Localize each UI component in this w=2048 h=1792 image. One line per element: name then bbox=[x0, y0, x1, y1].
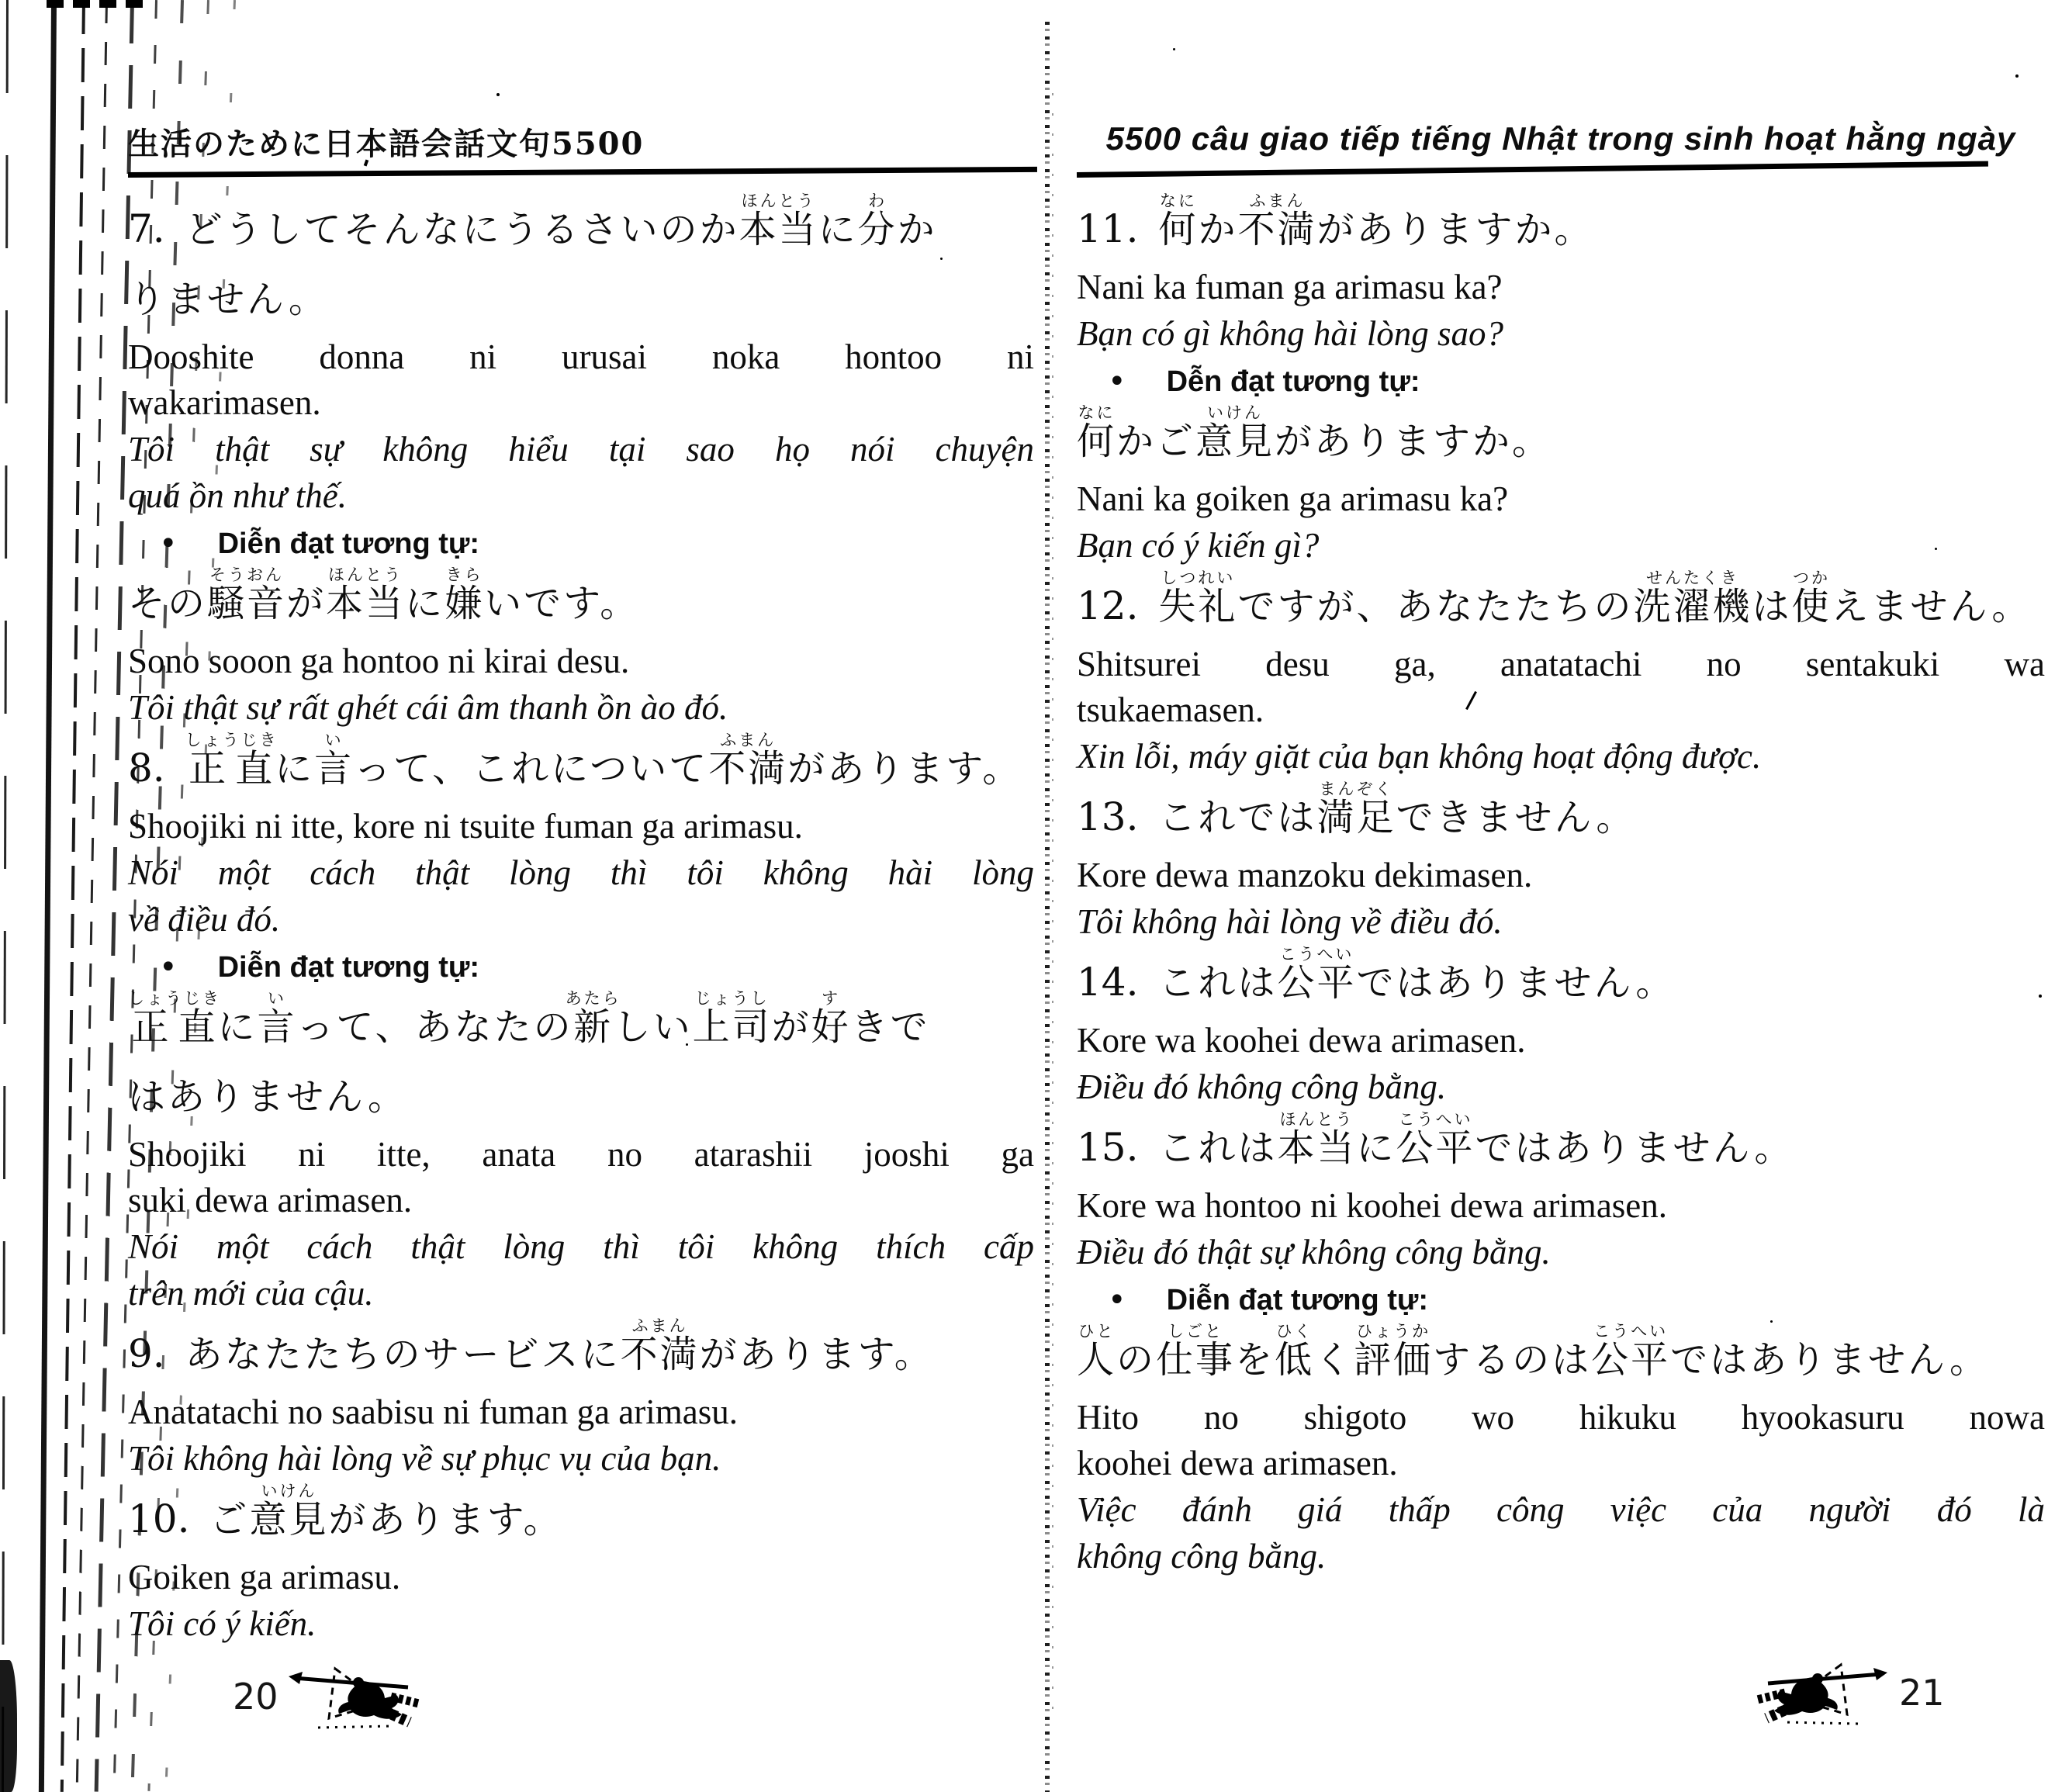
right-header-rule bbox=[1077, 161, 1988, 178]
kanji-with-furigana: 人ひと bbox=[1077, 1338, 1116, 1382]
japanese-sentence: りません。 bbox=[128, 265, 1034, 334]
kanji-with-furigana: 分わ bbox=[858, 208, 898, 251]
vietnamese-translation-line: Xin lỗi, máy giặt của bạn không hoạt độn… bbox=[1077, 733, 2045, 780]
left-page-number: 20 bbox=[233, 1676, 278, 1718]
viet-block: Tôi thật sự rất ghét cái âm thanh ồn ào … bbox=[128, 684, 1034, 731]
right-page-header: 5500 câu giao tiếp tiếng Nhật trong sinh… bbox=[1077, 116, 2045, 161]
left-header-rule bbox=[128, 167, 1037, 178]
jp-block: 15. これは本当ほんとうに公平こうへいではありません。 bbox=[1077, 1110, 2045, 1183]
bullet-icon: • bbox=[159, 528, 178, 559]
item-number: 13. bbox=[1077, 794, 1150, 839]
viet-block: Tôi không hài lòng về điều đó. bbox=[1077, 898, 2045, 945]
japanese-sentence: 10. ご意見いけんがあります。 bbox=[128, 1482, 1034, 1555]
vietnamese-translation-line: Tôi thật sự không hiểu tại sao họ nói ch… bbox=[128, 426, 1034, 472]
vietnamese-translation-line: Bạn có ý kiến gì? bbox=[1077, 522, 2045, 569]
vietnamese-translation-line: Tôi không hài lòng về điều đó. bbox=[1077, 898, 2045, 945]
romaji-line: Shoojiki ni itte, kore ni tsuite fuman g… bbox=[128, 804, 1034, 849]
kanji-with-furigana: 正直しょうじき bbox=[128, 1005, 218, 1049]
jp-block: 12. 失礼しつれいですが、あなたたちの洗濯機せんたくきは使つかえません。 bbox=[1077, 569, 2045, 642]
romaji-line: Sono sooon ga hontoo ni kirai desu. bbox=[128, 638, 1034, 684]
left-page: 生活のために日本語会話文句5500 7. どうしてそんなにうるさいのか本当ほんと… bbox=[128, 124, 1034, 1647]
kanji-with-furigana: 評価ひょうか bbox=[1354, 1338, 1433, 1382]
romaji-line: Shitsurei desu ga, anatatachi no sentaku… bbox=[1077, 642, 2045, 687]
kanji-with-furigana: 何なに bbox=[1077, 420, 1116, 463]
similar-expressions-label: Diễn đạt tương tự: bbox=[1167, 1284, 1428, 1317]
viet-block: Tôi thật sự không hiểu tại sao họ nói ch… bbox=[128, 426, 1034, 519]
japanese-sentence: 13. これでは満足まんぞくできません。 bbox=[1077, 780, 2045, 853]
kanji-with-furigana: 失礼しつれい bbox=[1158, 585, 1237, 628]
right-page-number: 21 bbox=[1899, 1672, 1945, 1714]
vietnamese-translation-line: Việc đánh giá thấp công việc của người đ… bbox=[1077, 1486, 2045, 1533]
japanese-sentence: 人ひとの仕事しごとを低ひくく評価ひょうかするのは公平こうへいではありません。 bbox=[1077, 1322, 2045, 1395]
vietnamese-translation-line: Bạn có gì không hài lòng sao? bbox=[1077, 310, 2045, 357]
viet-block: Việc đánh giá thấp công việc của người đ… bbox=[1077, 1486, 2045, 1579]
kanji-with-furigana: 本当ほんとう bbox=[1277, 1126, 1356, 1170]
vietnamese-translation-line: quá ồn như thế. bbox=[128, 472, 1034, 519]
romaji-line: Goiken ga arimasu. bbox=[128, 1555, 1034, 1600]
kanji-with-furigana: 本当ほんとう bbox=[326, 582, 405, 625]
vietnamese-translation-line: Nói một cách thật lòng thì tôi không thí… bbox=[128, 1223, 1034, 1270]
romaji-line: Nani ka goiken ga arimasu ka? bbox=[1077, 476, 2045, 522]
similar-expressions-heading: •Diễn đạt tương tự: bbox=[128, 947, 1034, 988]
similar-expressions-label: Diễn đạt tương tự: bbox=[218, 951, 479, 984]
romaji-line: Shoojiki ni itte, anata no atarashii joo… bbox=[128, 1132, 1034, 1178]
left-page-content: 7. どうしてそんなにうるさいのか本当ほんとうに分わかりません。Dooshite… bbox=[128, 192, 1034, 1647]
romaji-line: koohei dewa arimasen. bbox=[1077, 1441, 2045, 1486]
romaji-line: Hito no shigoto wo hikuku hyookasuru now… bbox=[1077, 1395, 2045, 1441]
right-page: 5500 câu giao tiếp tiếng Nhật trong sinh… bbox=[1077, 109, 2045, 1579]
scan-streak bbox=[2, 0, 9, 1792]
viet-block: Bạn có ý kiến gì? bbox=[1077, 522, 2045, 569]
romaji-block: Kore wa hontoo ni koohei dewa arimasen. bbox=[1077, 1183, 2045, 1229]
romaji-block: Kore dewa manzoku dekimasen. bbox=[1077, 853, 2045, 898]
kanji-with-furigana: 公平こうへい bbox=[1591, 1338, 1670, 1382]
japanese-sentence: 9. あなたたちのサービスに不満ふまんがあります。 bbox=[128, 1316, 1034, 1389]
romaji-block: Goiken ga arimasu. bbox=[128, 1555, 1034, 1600]
viet-block: Tôi có ý kiến. bbox=[128, 1600, 1034, 1647]
scan-noise-dot bbox=[2015, 74, 2019, 78]
romaji-block: Shitsurei desu ga, anatatachi no sentaku… bbox=[1077, 642, 2045, 733]
viet-block: Bạn có gì không hài lòng sao? bbox=[1077, 310, 2045, 357]
kanji-with-furigana: 言い bbox=[314, 747, 354, 790]
similar-expressions-label: Diễn đạt tương tự: bbox=[218, 528, 479, 561]
japanese-sentence: 11. 何なにか不満ふまんがありますか。 bbox=[1077, 192, 2045, 265]
romaji-block: Nani ka goiken ga arimasu ka? bbox=[1077, 476, 2045, 522]
japanese-sentence: 15. これは本当ほんとうに公平こうへいではありません。 bbox=[1077, 1110, 2045, 1183]
scan-blotch bbox=[0, 1660, 17, 1792]
vietnamese-translation-line: không công bằng. bbox=[1077, 1533, 2045, 1579]
kanji-with-furigana: 騒音そうおん bbox=[207, 582, 286, 625]
romaji-line: Dooshite donna ni urusai noka hontoo ni bbox=[128, 334, 1034, 380]
scan-noise-dot bbox=[1173, 48, 1175, 50]
scan-streak bbox=[39, 0, 57, 1792]
vietnamese-translation-line: Nói một cách thật lòng thì tôi không hài… bbox=[128, 849, 1034, 896]
vietnamese-translation-line: Điều đó không công bằng. bbox=[1077, 1064, 2045, 1110]
romaji-line: Kore wa hontoo ni koohei dewa arimasen. bbox=[1077, 1183, 2045, 1229]
romaji-line: Nani ka fuman ga arimasu ka? bbox=[1077, 265, 2045, 310]
bullet-icon: • bbox=[1108, 366, 1126, 397]
jp-block: 何なにかご意見いけんがありますか。 bbox=[1077, 403, 2045, 476]
kanji-with-furigana: 公平こうへい bbox=[1396, 1126, 1475, 1170]
item-number: 11. bbox=[1077, 206, 1150, 251]
vietnamese-translation-line: trên mới của cậu. bbox=[128, 1270, 1034, 1316]
romaji-block: Anatatachi no saabisu ni fuman ga arimas… bbox=[128, 1389, 1034, 1435]
kanji-with-furigana: 嫌きら bbox=[445, 582, 484, 625]
page-gutter-shadow-faint bbox=[1052, 93, 1053, 1722]
kanji-with-furigana: 意見いけん bbox=[249, 1498, 328, 1541]
vietnamese-translation-line: Tôi không hài lòng về sự phục vụ của bạn… bbox=[128, 1435, 1034, 1482]
kanji-with-furigana: 使つか bbox=[1791, 585, 1831, 628]
romaji-line: wakarimasen. bbox=[128, 380, 1034, 426]
kanji-with-furigana: 洗濯機せんたくき bbox=[1633, 585, 1752, 628]
jp-block: 8. 正直しょうじきに言いって、これについて不満ふまんがあります。 bbox=[128, 731, 1034, 804]
viet-block: Nói một cách thật lòng thì tôi không hài… bbox=[128, 849, 1034, 943]
similar-expressions-heading: •Dễn đạt tương tự: bbox=[1077, 362, 2045, 402]
jp-block: 10. ご意見いけんがあります。 bbox=[128, 1482, 1034, 1555]
romaji-line: Kore dewa manzoku dekimasen. bbox=[1077, 853, 2045, 898]
item-number: 8. bbox=[128, 746, 178, 790]
kanji-with-furigana: 低ひく bbox=[1275, 1338, 1314, 1382]
viet-block: Điều đó thật sự không công bằng. bbox=[1077, 1229, 2045, 1275]
japanese-sentence: 7. どうしてそんなにうるさいのか本当ほんとうに分わか bbox=[128, 192, 1034, 265]
kanji-with-furigana: 上司じょうし bbox=[693, 1005, 772, 1049]
romaji-line: Kore wa koohei dewa arimasen. bbox=[1077, 1018, 2045, 1064]
vietnamese-translation-line: về điều đó. bbox=[128, 896, 1034, 943]
romaji-block: Dooshite donna ni urusai noka hontoo niw… bbox=[128, 334, 1034, 426]
romaji-line: Anatatachi no saabisu ni fuman ga arimas… bbox=[128, 1389, 1034, 1435]
kanji-with-furigana: 不満ふまん bbox=[1237, 208, 1316, 251]
kanji-with-furigana: 公平こうへい bbox=[1277, 961, 1356, 1005]
kanji-with-furigana: 不満ふまん bbox=[708, 747, 787, 790]
viet-block: Xin lỗi, máy giặt của bạn không hoạt độn… bbox=[1077, 733, 2045, 780]
jp-block: 13. これでは満足まんぞくできません。 bbox=[1077, 780, 2045, 853]
jp-block: その騒音そうおんが本当ほんとうに嫌きらいです。 bbox=[128, 566, 1034, 638]
romaji-line: suki dewa arimasen. bbox=[128, 1178, 1034, 1223]
jp-block: 14. これは公平こうへいではありません。 bbox=[1077, 945, 2045, 1018]
japanese-sentence: 14. これは公平こうへいではありません。 bbox=[1077, 945, 2045, 1018]
romaji-line: tsukaemasen. bbox=[1077, 687, 2045, 733]
kanji-with-furigana: 新あたら bbox=[573, 1005, 614, 1049]
romaji-block: Nani ka fuman ga arimasu ka? bbox=[1077, 265, 2045, 310]
japanese-sentence: 何なにかご意見いけんがありますか。 bbox=[1077, 403, 2045, 476]
item-number: 14. bbox=[1077, 960, 1150, 1005]
right-page-content: 11. 何なにか不満ふまんがありますか。Nani ka fuman ga ari… bbox=[1077, 192, 2045, 1579]
japanese-sentence: 正直しょうじきに言いって、あなたの新あたらしい上司じょうしが好すきで bbox=[128, 989, 1034, 1062]
similar-expressions-heading: •Diễn đạt tương tự: bbox=[1077, 1280, 2045, 1320]
item-number: 9. bbox=[128, 1331, 178, 1376]
bullet-icon: • bbox=[1108, 1285, 1126, 1316]
scan-blotch bbox=[47, 0, 147, 8]
kanji-with-furigana: 意見いけん bbox=[1195, 420, 1275, 463]
romaji-block: Hito no shigoto wo hikuku hyookasuru now… bbox=[1077, 1395, 2045, 1486]
jp-block: 人ひとの仕事しごとを低ひくく評価ひょうかするのは公平こうへいではありません。 bbox=[1077, 1322, 2045, 1395]
kanji-with-furigana: 正直しょうじき bbox=[185, 747, 275, 790]
romaji-block: Kore wa koohei dewa arimasen. bbox=[1077, 1018, 2045, 1064]
page-gutter-shadow bbox=[1045, 22, 1050, 1792]
item-number: 12. bbox=[1077, 583, 1150, 628]
jp-block: 7. どうしてそんなにうるさいのか本当ほんとうに分わかりません。 bbox=[128, 192, 1034, 334]
jp-block: 11. 何なにか不満ふまんがありますか。 bbox=[1077, 192, 2045, 265]
romaji-block: Shoojiki ni itte, anata no atarashii joo… bbox=[128, 1132, 1034, 1223]
japanese-sentence: 8. 正直しょうじきに言いって、これについて不満ふまんがあります。 bbox=[128, 731, 1034, 804]
kanji-with-furigana: 仕事しごと bbox=[1156, 1338, 1235, 1382]
viet-block: Nói một cách thật lòng thì tôi không thí… bbox=[128, 1223, 1034, 1316]
viet-block: Tôi không hài lòng về sự phục vụ của bạn… bbox=[128, 1435, 1034, 1482]
kanji-with-furigana: 好す bbox=[811, 1005, 851, 1049]
kanji-with-furigana: 言い bbox=[258, 1005, 297, 1049]
jp-block: 正直しょうじきに言いって、あなたの新あたらしい上司じょうしが好すきではありません… bbox=[128, 989, 1034, 1132]
bird-archer-illustration bbox=[287, 1656, 427, 1734]
japanese-sentence: はありません。 bbox=[128, 1062, 1034, 1132]
item-number: 15. bbox=[1077, 1125, 1150, 1170]
kanji-with-furigana: 満足まんぞく bbox=[1316, 796, 1396, 839]
item-number: 10. bbox=[128, 1496, 202, 1541]
vietnamese-translation-line: Điều đó thật sự không công bằng. bbox=[1077, 1229, 2045, 1275]
viet-block: Điều đó không công bằng. bbox=[1077, 1064, 2045, 1110]
romaji-block: Sono sooon ga hontoo ni kirai desu. bbox=[128, 638, 1034, 684]
kanji-with-furigana: 本当ほんとう bbox=[739, 208, 818, 251]
similar-expressions-label: Dễn đạt tương tự: bbox=[1167, 365, 1420, 399]
kanji-with-furigana: 不満ふまん bbox=[621, 1333, 700, 1376]
vietnamese-translation-line: Tôi thật sự rất ghét cái âm thanh ồn ào … bbox=[128, 684, 1034, 731]
romaji-block: Shoojiki ni itte, kore ni tsuite fuman g… bbox=[128, 804, 1034, 849]
kanji-with-furigana: 何なに bbox=[1158, 208, 1198, 251]
item-number: 7. bbox=[128, 206, 178, 251]
bird-archer-illustration bbox=[1749, 1652, 1889, 1730]
left-page-header: 生活のために日本語会話文句5500 bbox=[128, 124, 1034, 164]
japanese-sentence: その騒音そうおんが本当ほんとうに嫌きらいです。 bbox=[128, 566, 1034, 638]
japanese-sentence: 12. 失礼しつれいですが、あなたたちの洗濯機せんたくきは使つかえません。 bbox=[1077, 569, 2045, 642]
scan-noise-dot bbox=[496, 93, 500, 96]
jp-block: 9. あなたたちのサービスに不満ふまんがあります。 bbox=[128, 1316, 1034, 1389]
bullet-icon: • bbox=[159, 952, 178, 983]
vietnamese-translation-line: Tôi có ý kiến. bbox=[128, 1600, 1034, 1647]
similar-expressions-heading: •Diễn đạt tương tự: bbox=[128, 524, 1034, 564]
